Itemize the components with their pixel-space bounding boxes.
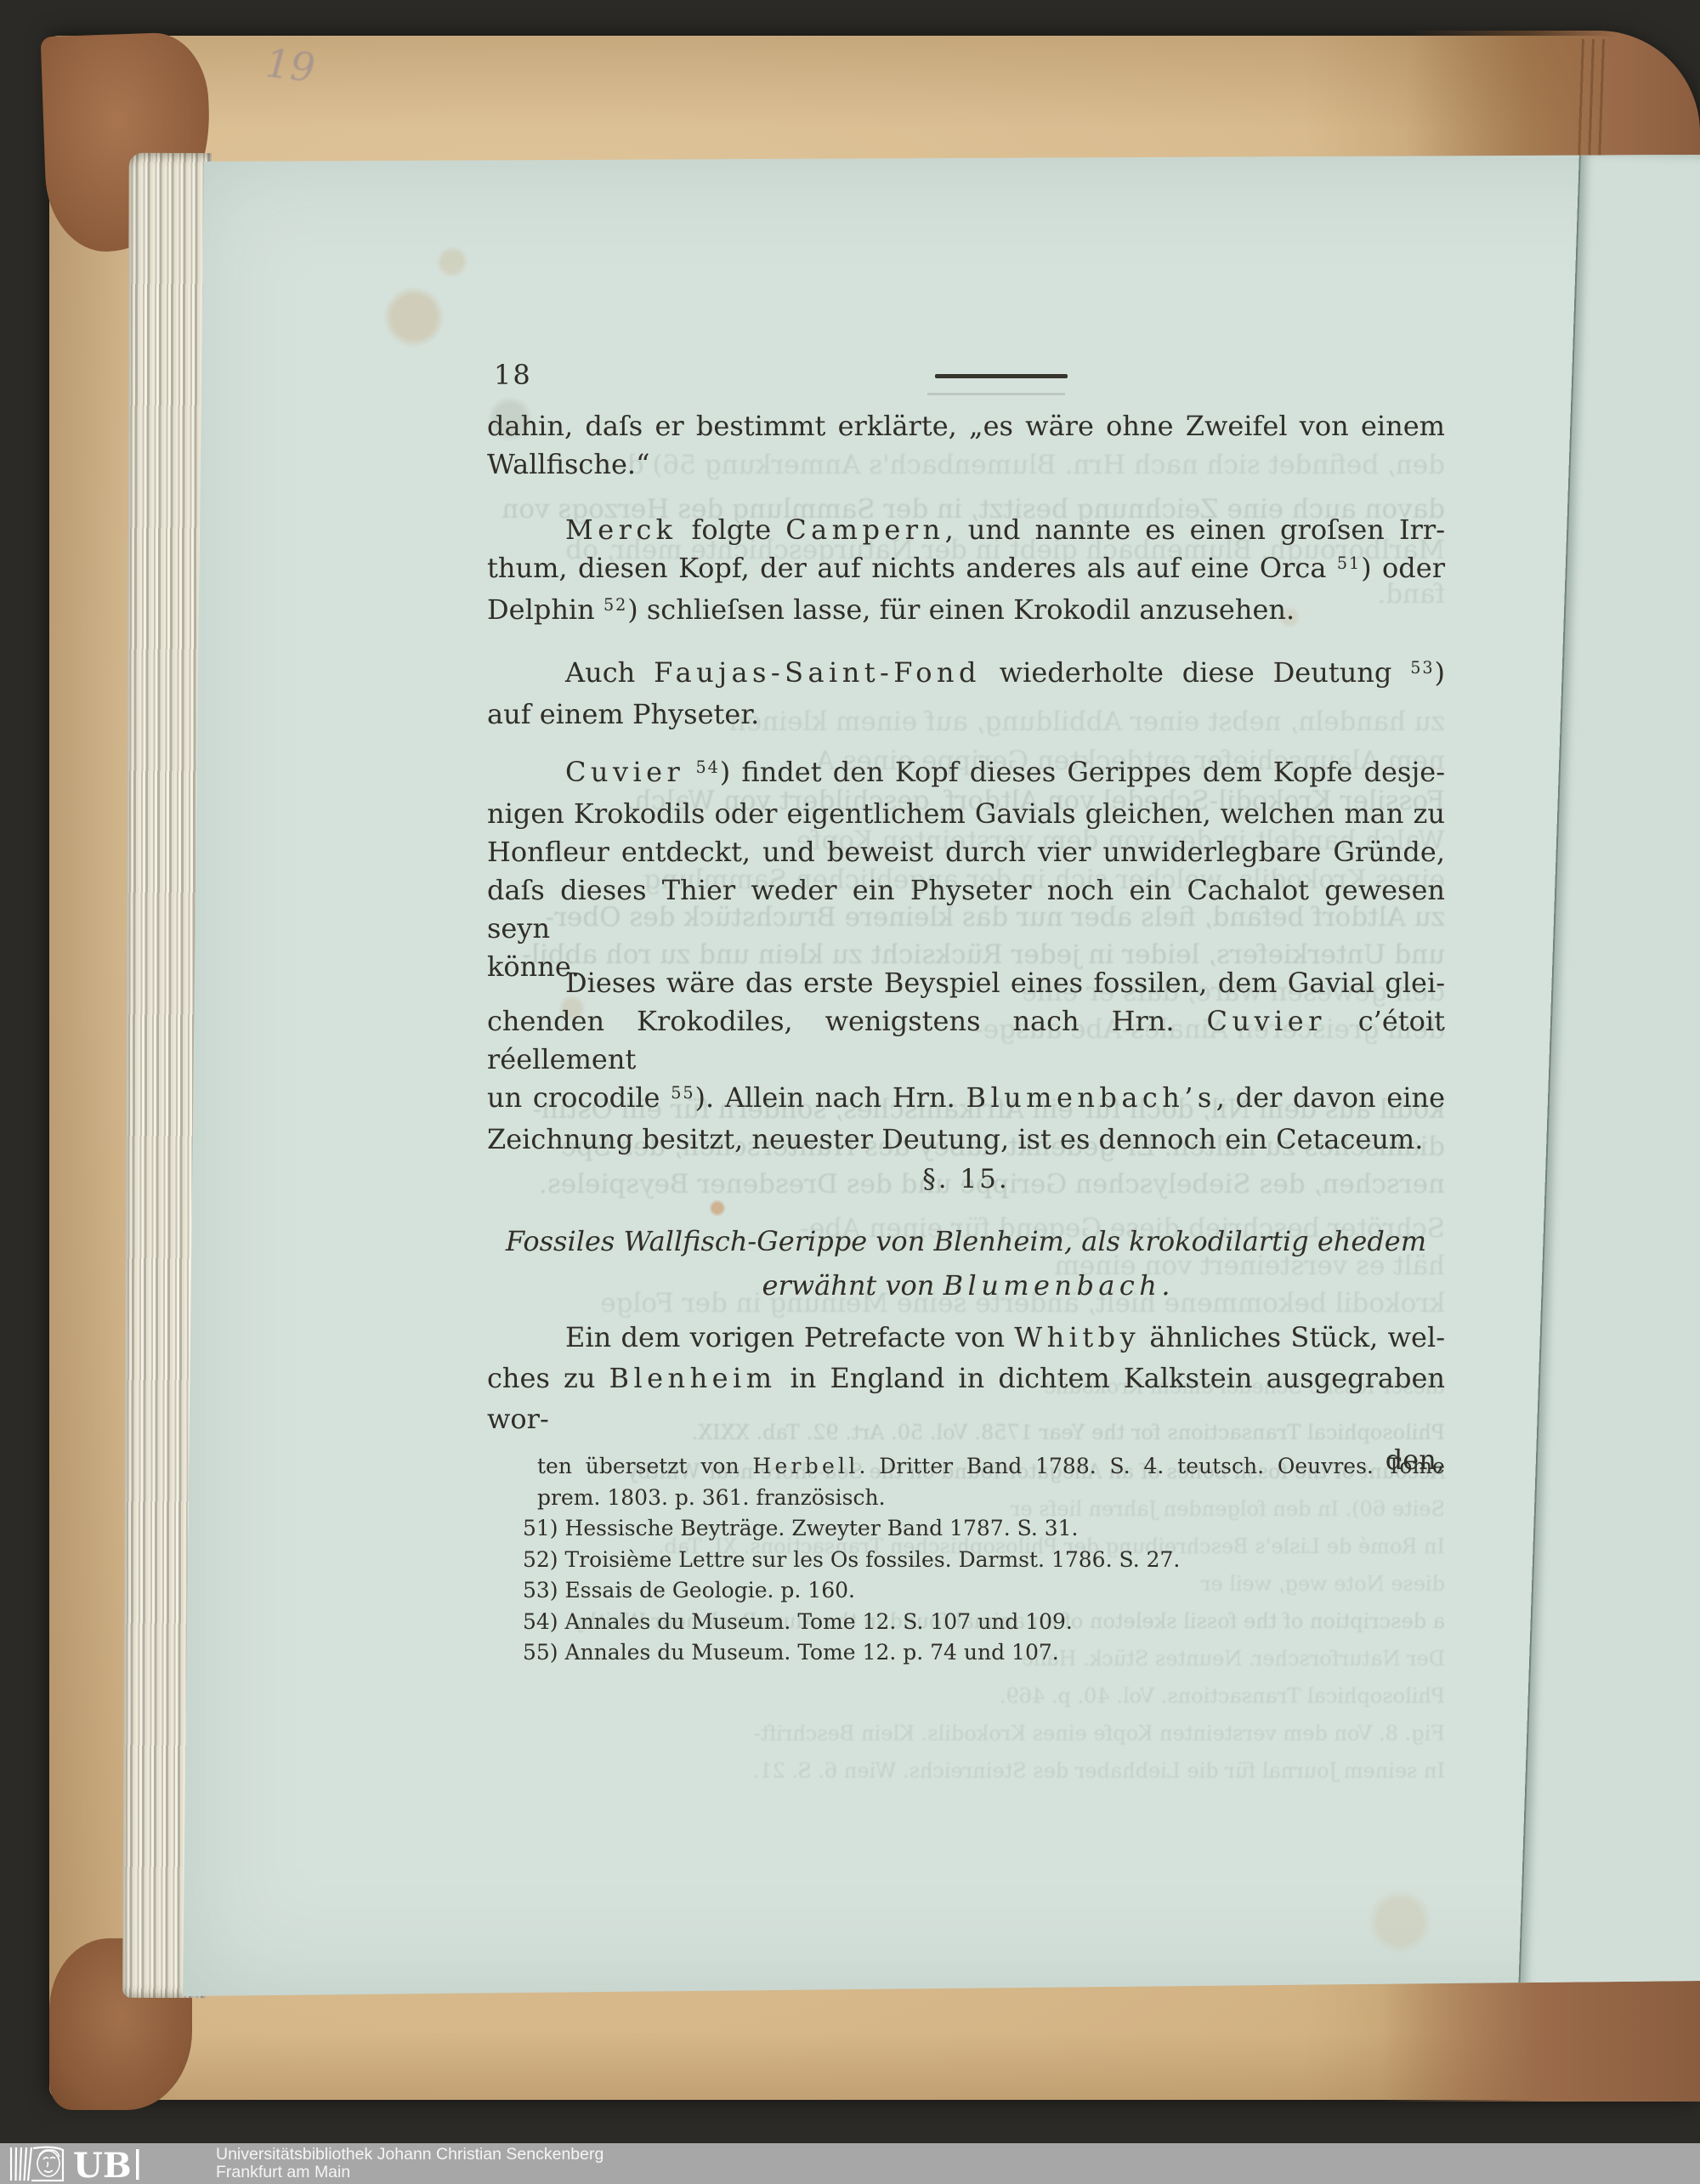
- page-number: 18: [494, 359, 532, 391]
- text-line: ten übersetzt von Herbell. Dritter Band …: [487, 1451, 1445, 1483]
- bleedthrough-text-line: Fig. 8. Von dem versteinten Kopfe eines …: [487, 1722, 1445, 1744]
- text-line: thum, diesen Kopf, der auf nichts andere…: [487, 549, 1445, 591]
- text-line: 53) Essais de Geologie. p. 160.: [487, 1575, 1445, 1607]
- senckenberg-portrait-icon: [37, 2150, 59, 2176]
- library-name: Universitätsbibliothek Johann Christian …: [216, 2146, 603, 2164]
- text-line: Merck folgte Campern, und nannte es eine…: [487, 511, 1445, 549]
- text-line: auf einem Physeter.: [487, 695, 1445, 734]
- ub-library-logo: UB: [7, 2146, 187, 2181]
- text-line: Ein dem vorigen Petrefacte von Whitby äh…: [487, 1317, 1445, 1358]
- book-scan-viewer: 19 den, befindet sich nach Hrn. Blumenba…: [0, 0, 1700, 2184]
- library-city: Frankfurt am Main: [216, 2164, 603, 2181]
- body-paragraph: Auch Faujas-Saint-Fond wiederholte diese…: [487, 654, 1445, 734]
- text-line: Fossiles Wallfisch-Gerippe von Blenheim,…: [487, 1219, 1445, 1263]
- text-line: 51) Hessische Beyträge. Zweyter Band 178…: [487, 1513, 1445, 1545]
- header-rule: [935, 374, 1068, 378]
- leather-edge-bottom-right: [1381, 1974, 1700, 2102]
- text-line: nigen Krokodils oder eigentlichem Gavial…: [487, 795, 1445, 833]
- book-page: den, befindet sich nach Hrn. Blumenbach'…: [183, 151, 1700, 2000]
- text-line: prem. 1803. p. 361. französisch.: [487, 1483, 1445, 1514]
- text-line: dahin, daſs er bestimmt erklärte, „es wä…: [487, 407, 1445, 445]
- text-line: Auch Faujas-Saint-Fond wiederholte diese…: [487, 654, 1445, 695]
- text-line: Honfleur entdeckt, und beweist durch vie…: [487, 833, 1445, 871]
- leather-edge-top-right: [1407, 31, 1700, 167]
- text-line: erwähnt von Blumenbach.: [487, 1263, 1445, 1308]
- text-line: Cuvier 54) findet den Kopf dieses Geripp…: [487, 753, 1445, 795]
- text-line: 55) Annales du Museum. Tome 12. p. 74 un…: [487, 1637, 1445, 1669]
- page-gutter-fold: [1518, 151, 1700, 2005]
- footnotes-block: ten übersetzt von Herbell. Dritter Band …: [487, 1451, 1445, 1669]
- text-line: chenden Krokodiles, wenigstens nach Hrn.…: [487, 1002, 1445, 1079]
- logo-divider: [136, 2149, 139, 2180]
- bleedthrough-text-line: Philosophical Transactions. Vol. 40. p. …: [487, 1685, 1445, 1707]
- text-line: Delphin 52) schlieſsen lasse, für einen …: [487, 591, 1445, 633]
- text-line: 54) Annales du Museum. Tome 12. S. 107 u…: [487, 1607, 1445, 1638]
- header-rule-bleedthrough: [927, 393, 1065, 395]
- body-paragraph: Merck folgte Campern, und nannte es eine…: [487, 511, 1445, 633]
- logo-ub-text: UB: [73, 2146, 132, 2181]
- text-line: Wallfische.“: [487, 445, 1445, 484]
- text-line: un crocodile 55). Allein nach Hrn. Blume…: [487, 1079, 1445, 1120]
- text-line: daſs dieses Thier weder ein Physeter noc…: [487, 871, 1445, 948]
- text-line: Dieses wäre das erste Beyspiel eines fos…: [487, 964, 1445, 1002]
- section-heading: §. 15.: [487, 1164, 1445, 1194]
- text-line: ches zu Blenheim in England in dichtem K…: [487, 1358, 1445, 1439]
- body-paragraph: Cuvier 54) findet den Kopf dieses Geripp…: [487, 753, 1445, 986]
- bleedthrough-text-line: In seinem Journal für die Liebhaber des …: [487, 1760, 1445, 1782]
- body-paragraph: dahin, daſs er bestimmt erklärte, „es wä…: [487, 407, 1445, 484]
- text-line: 52) Troisième Lettre sur les Os fossiles…: [487, 1545, 1445, 1576]
- section-title: Fossiles Wallfisch-Gerippe von Blenheim,…: [487, 1219, 1445, 1308]
- library-footer-bar: UB Universitätsbibliothek Johann Christi…: [0, 2143, 1700, 2184]
- text-line: Zeichnung besitzt, neuester Deutung, ist…: [487, 1120, 1445, 1159]
- body-paragraph: Dieses wäre das erste Beyspiel eines fos…: [487, 964, 1445, 1159]
